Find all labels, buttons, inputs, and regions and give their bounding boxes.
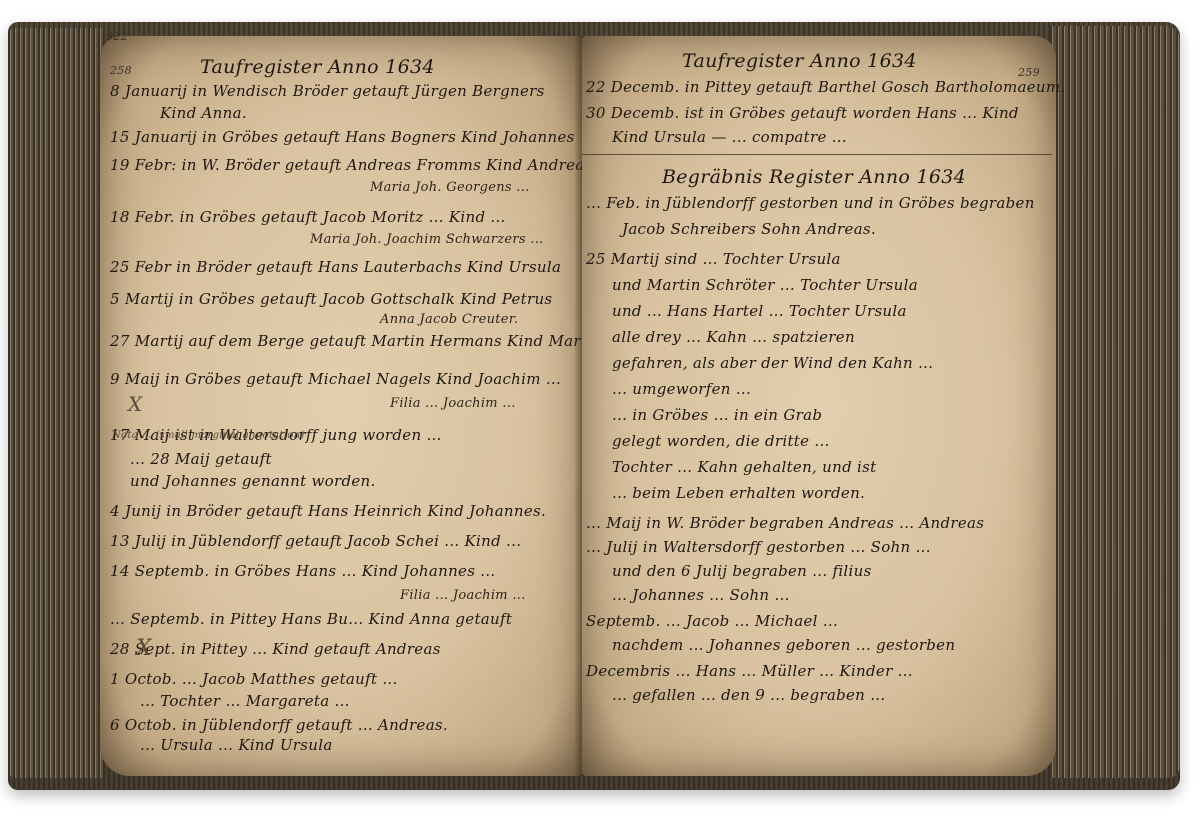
entry-line: ... Feb. in Jüblendorff gestorben und in…: [586, 194, 1035, 212]
page-header: Taufregister Anno 1634: [200, 56, 435, 78]
entry-line: 30 Decemb. ist in Gröbes getauft worden …: [586, 104, 1019, 122]
entry-line: 9 Maij in Gröbes getauft Michael Nagels …: [110, 370, 561, 388]
entry-line: gelegt worden, die dritte ...: [612, 432, 830, 450]
entry-line: 1 Octob. ... Jacob Matthes getauft ...: [110, 670, 398, 688]
entry-line: ... Septemb. in Pittey Hans Bu... Kind A…: [110, 610, 512, 628]
left-page-edges: [8, 28, 104, 778]
entry-line: ... Tochter ... Margareta ...: [140, 692, 350, 710]
entry-line: Maria Joh. Joachim Schwarzers ...: [310, 232, 544, 247]
entry-line: gefahren, als aber der Wind den Kahn ...: [612, 354, 933, 372]
entry-line: 6 Octob. in Jüblendorff getauft ... Andr…: [110, 716, 448, 734]
entry-line: 5 Martij in Gröbes getauft Jacob Gottsch…: [110, 290, 552, 308]
page-header: Taufregister Anno 1634: [682, 50, 917, 72]
page-number: 258: [110, 64, 132, 77]
entry-line: 15 Januarij in Gröbes getauft Hans Bogne…: [110, 128, 575, 146]
entry-line: 27 Martij auf dem Berge getauft Martin H…: [110, 332, 602, 350]
entry-line: nachdem ... Johannes geboren ... gestorb…: [612, 636, 955, 654]
entry-line: 25 Martij sind ... Tochter Ursula: [586, 250, 841, 268]
entry-line: alle drey ... Kahn ... spatzieren: [612, 328, 855, 346]
entry-line: und den 6 Julij begraben ... filius: [612, 562, 872, 580]
entry-line: 18 Febr. in Gröbes getauft Jacob Moritz …: [110, 208, 506, 226]
entry-line: Filia ... Joachim ...: [400, 588, 526, 603]
margin-cross-mark: X: [136, 636, 152, 661]
entry-line: Kind Anna.: [160, 104, 247, 122]
entry-line: ... Johannes ... Sohn ...: [612, 586, 790, 604]
entry-line: Filia ... Joachim ...: [390, 396, 516, 411]
entry-line: Maria Joh. Georgens ...: [370, 180, 530, 195]
entry-line: und Martin Schröter ... Tochter Ursula: [612, 276, 918, 294]
entry-line: und Johannes genannt worden.: [130, 472, 376, 490]
entry-line: ... Maij in W. Bröder begraben Andreas .…: [586, 514, 984, 532]
entry-line: Kind Ursula — ... compatre ...: [612, 128, 847, 146]
entry-line: 14 Septemb. in Gröbes Hans ... Kind Joha…: [110, 562, 496, 580]
entry-line: 8 Januarij in Wendisch Bröder getauft Jü…: [110, 82, 545, 100]
entry-line: ... Julij in Waltersdorff gestorben ... …: [586, 538, 931, 556]
entry-line: 13 Julij in Jüblendorff getauft Jacob Sc…: [110, 532, 521, 550]
entry-line: Anna Jacob Creuter.: [380, 312, 518, 327]
entry-line: ... 28 Maij getauft: [130, 450, 272, 468]
margin-note: Nota ... (small marginal annotation): [112, 430, 305, 441]
entry-line: 4 Junij in Bröder getauft Hans Heinrich …: [110, 502, 546, 520]
section-divider: [582, 154, 1052, 155]
entry-line: ... gefallen ... den 9 ... begraben ...: [612, 686, 885, 704]
open-book: 922 258 Taufregister Anno 1634 8 Januari…: [8, 22, 1180, 790]
entry-line: 22 Decemb. in Pittey getauft Barthel Gos…: [586, 78, 1065, 96]
entry-line: und ... Hans Hartel ... Tochter Ursula: [612, 302, 907, 320]
entry-line: Decembris ... Hans ... Müller ... Kinder…: [586, 662, 913, 680]
right-page: Taufregister Anno 1634 259 22 Decemb. in…: [582, 36, 1056, 776]
entry-line: ... umgeworfen ...: [612, 380, 751, 398]
burial-register-header: Begräbnis Register Anno 1634: [662, 166, 966, 188]
entry-line: 25 Febr in Bröder getauft Hans Lauterbac…: [110, 258, 561, 276]
right-page-edges: [1050, 26, 1180, 778]
entry-line: Septemb. ... Jacob ... Michael ...: [586, 612, 838, 630]
entry-line: 28 Sept. in Pittey ... Kind getauft Andr…: [110, 640, 441, 658]
margin-cross-mark: X: [128, 392, 143, 416]
entry-line: ... in Gröbes ... in ein Grab: [612, 406, 822, 424]
entry-line: ... beim Leben erhalten worden.: [612, 484, 865, 502]
left-page: 922 258 Taufregister Anno 1634 8 Januari…: [100, 36, 582, 776]
entry-line: 19 Febr: in W. Bröder getauft Andreas Fr…: [110, 156, 593, 174]
entry-line: ... Ursula ... Kind Ursula: [140, 736, 333, 754]
corner-mark: 922: [106, 30, 128, 43]
entry-line: Tochter ... Kahn gehalten, und ist: [612, 458, 876, 476]
entry-line: Jacob Schreibers Sohn Andreas.: [622, 220, 876, 238]
